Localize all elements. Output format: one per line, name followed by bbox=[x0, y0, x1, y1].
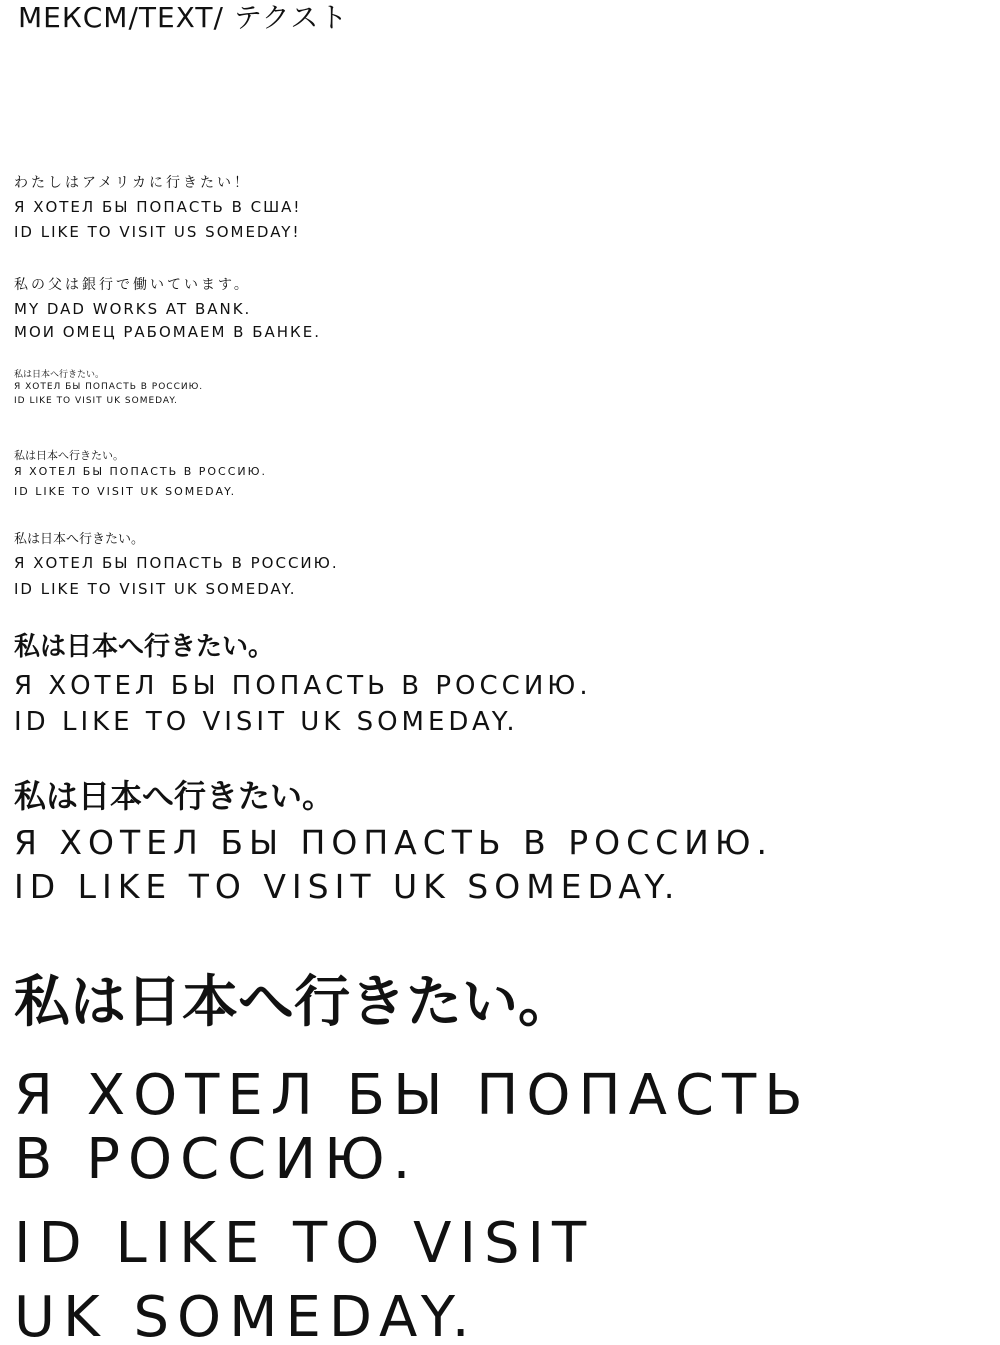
english-line: MY DAD WORKS AT BANK. bbox=[14, 302, 251, 317]
japanese-line: 私は日本へ行きたい。 bbox=[14, 371, 104, 380]
english-line: ID LIKE TO VISIT US SOMEDAY! bbox=[14, 225, 300, 240]
japanese-line: 私は日本へ行きたい。 bbox=[14, 450, 124, 461]
japanese-line: 私は日本へ行きたい。 bbox=[14, 975, 574, 1031]
english-line: ID LIKE TO VISIT UK SOMEDAY. bbox=[14, 486, 236, 497]
russian-line-part-2: В РОССИЮ. bbox=[14, 1132, 418, 1188]
russian-line: Я ХОТЕЛ БЫ ПОПАСТЬ В РОССИЮ. bbox=[14, 556, 339, 571]
russian-line: Я ХОТЕЛ БЫ ПОПАСТЬ В РОССИЮ. bbox=[14, 826, 773, 859]
russian-line: МОИ ОМЕЦ РАБОМАЕМ В БАНКЕ. bbox=[14, 325, 321, 340]
japanese-line: 私の父は銀行で働いています。 bbox=[14, 278, 251, 292]
english-line: ID LIKE TO VISIT UK SOMEDAY. bbox=[14, 709, 519, 735]
japanese-line: 私は日本へ行きたい。 bbox=[14, 634, 274, 660]
russian-line: Я ХОТЕЛ БЫ ПОПАСТЬ В РОССИЮ. bbox=[14, 466, 267, 477]
english-line: ID LIKE TO VISIT UK SOMEDAY. bbox=[14, 582, 297, 597]
english-line-part-2: UK SOMEDAY. bbox=[14, 1290, 478, 1345]
russian-line-part-1: Я ХОТЕЛ БЫ ПОПАСТЬ bbox=[14, 1068, 811, 1124]
english-line: ID LIKE TO VISIT UK SOMEDAY. bbox=[14, 870, 680, 903]
specimen-title: МЕКСМ/TEXT/ テクスト bbox=[18, 4, 348, 32]
japanese-line: 私は日本へ行きたい。 bbox=[14, 780, 334, 812]
japanese-line: 私は日本へ行きたい。 bbox=[14, 533, 144, 546]
english-line-part-1: ID LIKE TO VISIT bbox=[14, 1216, 594, 1272]
japanese-line: わたしはアメリカに行きたい！ bbox=[14, 176, 251, 190]
russian-line: Я ХОТЕЛ БЫ ПОПАСТЬ В РОССИЮ. bbox=[14, 673, 592, 699]
russian-line: Я ХОТЕЛ БЫ ПОПАСТЬ В США! bbox=[14, 200, 301, 215]
russian-line: Я ХОТЕЛ БЫ ПОПАСТЬ В РОССИЮ. bbox=[14, 383, 203, 392]
english-line: ID LIKE TO VISIT UK SOMEDAY. bbox=[14, 397, 178, 406]
